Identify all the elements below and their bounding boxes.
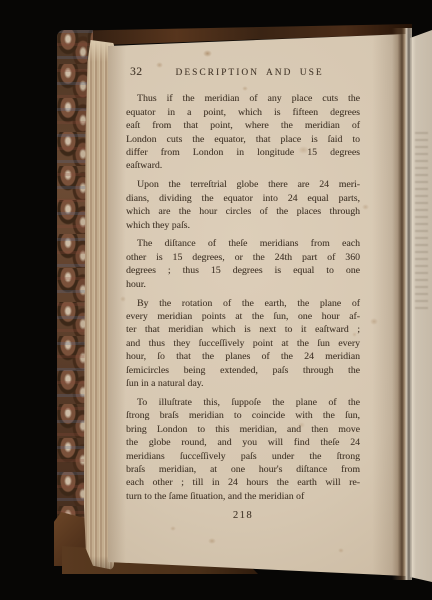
page-header: 32 DESCRIPTION AND USE xyxy=(126,66,360,80)
text-line: the globe round, and you will find theſe… xyxy=(126,436,360,449)
text-line: equator in a point, which is fifteen deg… xyxy=(126,106,360,119)
text-line: degrees ; thus 15 degrees is equal to on… xyxy=(126,264,360,277)
book-page: 32 DESCRIPTION AND USE Thus if the merid… xyxy=(108,34,406,576)
text-line: London cuts the equator, that place is ſ… xyxy=(126,133,360,146)
text-line: differ from London in longitude 15 degre… xyxy=(126,146,360,159)
text-line: which are the hour circles of the places… xyxy=(126,205,360,218)
text-line: ſemicircles being extended, paſs through… xyxy=(126,364,360,377)
text-line: which they paſs. xyxy=(126,219,360,232)
text-line: braſs meridian, at one hour's diſtance f… xyxy=(126,463,360,476)
text-line: every meridian points at the ſun, one ho… xyxy=(126,310,360,323)
show-through-text-marks xyxy=(415,132,428,314)
foxing-spot xyxy=(170,526,176,531)
text-line: each other ; till in 24 hours the earth … xyxy=(126,476,360,489)
text-line: hour, ſo that the planes of the 24 merid… xyxy=(126,350,360,363)
photo-background: 32 DESCRIPTION AND USE Thus if the merid… xyxy=(0,0,432,600)
text-line: dians, dividing the equator into 24 equa… xyxy=(126,192,360,205)
text-line: The diſtance of theſe meridians from eac… xyxy=(126,237,360,250)
text-line: bring London to this meridian, and then … xyxy=(126,423,360,436)
paragraph: Upon the terreſtrial globe there are 24 … xyxy=(126,178,360,232)
text-line: and thus they ſucceſſively point at the … xyxy=(126,337,360,350)
page-content: 32 DESCRIPTION AND USE Thus if the merid… xyxy=(108,34,406,522)
text-line: ter that meridian which is next to it ea… xyxy=(126,323,360,336)
paragraph: By the rotation of the earth, the plane … xyxy=(126,297,360,391)
foxing-spot xyxy=(208,538,216,544)
text-line: Upon the terreſtrial globe there are 24 … xyxy=(126,178,360,191)
paragraph: Thus if the meridian of any place cuts t… xyxy=(126,92,360,172)
text-line: ſtrong braſs meridian to coincide with t… xyxy=(126,409,360,422)
book-gutter-crease xyxy=(392,28,412,580)
text-line: eaſt from that point, where the meridian… xyxy=(126,119,360,132)
text-line: eaſtward. xyxy=(126,159,360,172)
text-line: turn to the ſame ſituation, and the meri… xyxy=(126,490,360,503)
running-title: DESCRIPTION AND USE xyxy=(176,67,324,80)
page-text: Thus if the meridian of any place cuts t… xyxy=(126,92,360,503)
paragraph: The diſtance of theſe meridians from eac… xyxy=(126,237,360,291)
text-line: To illuſtrate this, ſuppoſe the plane of… xyxy=(126,396,360,409)
text-line: other is 15 degrees, or the 24th part of… xyxy=(126,251,360,264)
text-line: By the rotation of the earth, the plane … xyxy=(126,297,360,310)
text-line: meridians ſucceſſively paſs under the ſt… xyxy=(126,450,360,463)
text-line: hour. xyxy=(126,278,360,291)
paragraph: To illuſtrate this, ſuppoſe the plane of… xyxy=(126,396,360,503)
foxing-spot xyxy=(338,548,344,553)
text-line: Thus if the meridian of any place cuts t… xyxy=(126,92,360,105)
text-line: ſun in a natural day. xyxy=(126,377,360,390)
facing-page-sliver xyxy=(410,30,432,582)
page-number: 32 xyxy=(130,66,143,79)
footer-page-number: 218 xyxy=(126,509,360,522)
